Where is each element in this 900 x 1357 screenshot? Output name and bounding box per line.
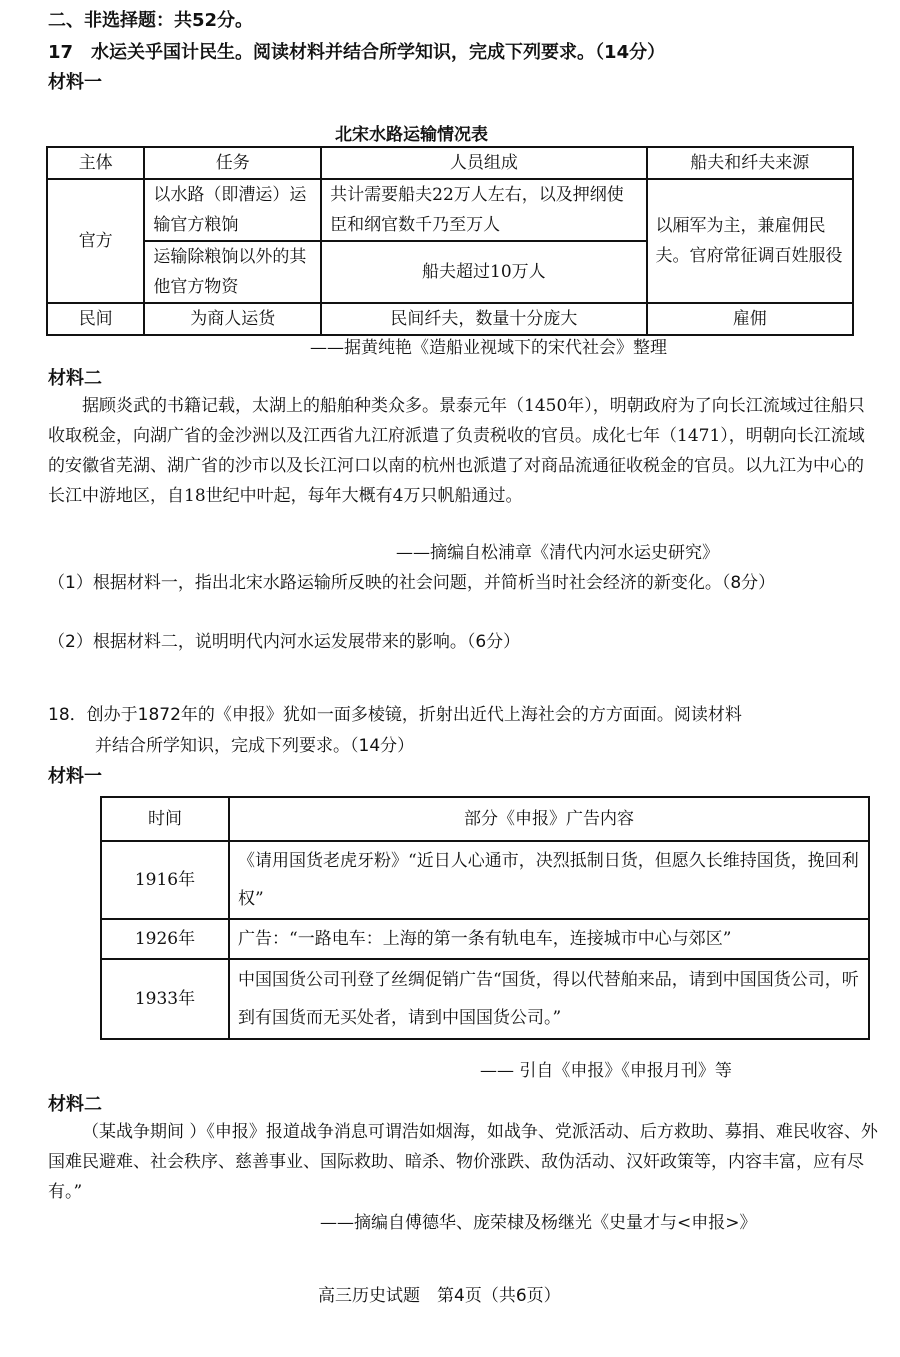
shenbao-ads-table: 时间 部分《申报》广告内容 1916年 《请用国货老虎牙粉》“近日人心通市，决烈… <box>100 796 870 1040</box>
source-cell: 雇佣 <box>647 303 854 335</box>
q18-material2-label: 材料二 <box>48 1090 102 1116</box>
q17-material2-text: 据顾炎武的书籍记载，太湖上的船舶种类众多。景泰元年（1450年），明朝政府为了向… <box>48 391 878 511</box>
task-cell: 运输除粮饷以外的其他官方物资 <box>144 241 321 303</box>
q17-subquestion-2: （2）根据材料二，说明明代内河水运发展带来的影响。（6分） <box>48 627 520 652</box>
q18-material1-label: 材料一 <box>48 762 102 788</box>
source-cell: 以厢军为主，兼雇佣民夫。官府常征调百姓服役 <box>647 179 854 303</box>
q18-table-source: —— 引自《申报》《申报月刊》等 <box>480 1056 732 1081</box>
header-cell: 船夫和纤夫来源 <box>647 147 854 179</box>
header-cell: 人员组成 <box>321 147 646 179</box>
header-cell: 部分《申报》广告内容 <box>229 797 869 841</box>
task-cell: 为商人运货 <box>144 303 321 335</box>
q17-material1-label: 材料一 <box>48 68 102 94</box>
header-cell: 时间 <box>101 797 229 841</box>
page-footer: 高三历史试题 第4页（共6页） <box>318 1281 561 1306</box>
q18-material2-source: ——摘编自傅德华、庞荣棣及杨继光《史量才与<申报>》 <box>320 1208 757 1233</box>
q18-material2-text: （某战争期间 ）《申报》报道战争消息可谓浩如烟海，如战争、党派活动、后方救助、募… <box>48 1117 878 1207</box>
song-transport-table: 主体 任务 人员组成 船夫和纤夫来源 官方 以水路（即漕运）运输官方粮饷 共计需… <box>46 146 854 336</box>
ad-content-cell: 《请用国货老虎牙粉》“近日人心通市，决烈抵制日货，但愿久长维持国货，挽回利权” <box>229 841 869 919</box>
subject-cell: 官方 <box>47 179 144 303</box>
section-header: 二、非选择题：共52分。 <box>48 6 253 32</box>
ad-content-cell: 中国国货公司刊登了丝绸促销广告“国货，得以代替舶来品，请到中国国货公司，听到有国… <box>229 959 869 1039</box>
task-cell: 以水路（即漕运）运输官方粮饷 <box>144 179 321 241</box>
year-cell: 1933年 <box>101 959 229 1039</box>
q17-subquestion-1: （1）根据材料一，指出北宋水路运输所反映的社会问题，并简析当时社会经济的新变化。… <box>48 568 878 598</box>
q17-material2-label: 材料二 <box>48 364 102 390</box>
question-18-title-line1: 18．创办于1872年的《申报》犹如一面多棱镜，折射出近代上海社会的方方面面。阅… <box>48 700 742 725</box>
question-17-title: 17 水运关乎国计民生。阅读材料并结合所学知识，完成下列要求。（14分） <box>48 38 665 64</box>
q17-table-title: 北宋水路运输情况表 <box>335 120 488 145</box>
year-cell: 1926年 <box>101 919 229 959</box>
ad-content-cell: 广告：“一路电车：上海的第一条有轨电车，连接城市中心与郊区” <box>229 919 869 959</box>
header-cell: 主体 <box>47 147 144 179</box>
staff-cell: 船夫超过10万人 <box>321 241 646 303</box>
subject-cell: 民间 <box>47 303 144 335</box>
question-18-title-line2: 并结合所学知识，完成下列要求。（14分） <box>95 731 414 756</box>
q17-table-source: ——据黄纯艳《造船业视域下的宋代社会》整理 <box>310 333 667 358</box>
q17-material2-source: ——摘编自松浦章《清代内河水运史研究》 <box>396 538 719 563</box>
staff-cell: 民间纤夫，数量十分庞大 <box>321 303 646 335</box>
staff-cell: 共计需要船夫22万人左右，以及押纲使臣和纲官数千乃至万人 <box>321 179 646 241</box>
header-cell: 任务 <box>144 147 321 179</box>
year-cell: 1916年 <box>101 841 229 919</box>
